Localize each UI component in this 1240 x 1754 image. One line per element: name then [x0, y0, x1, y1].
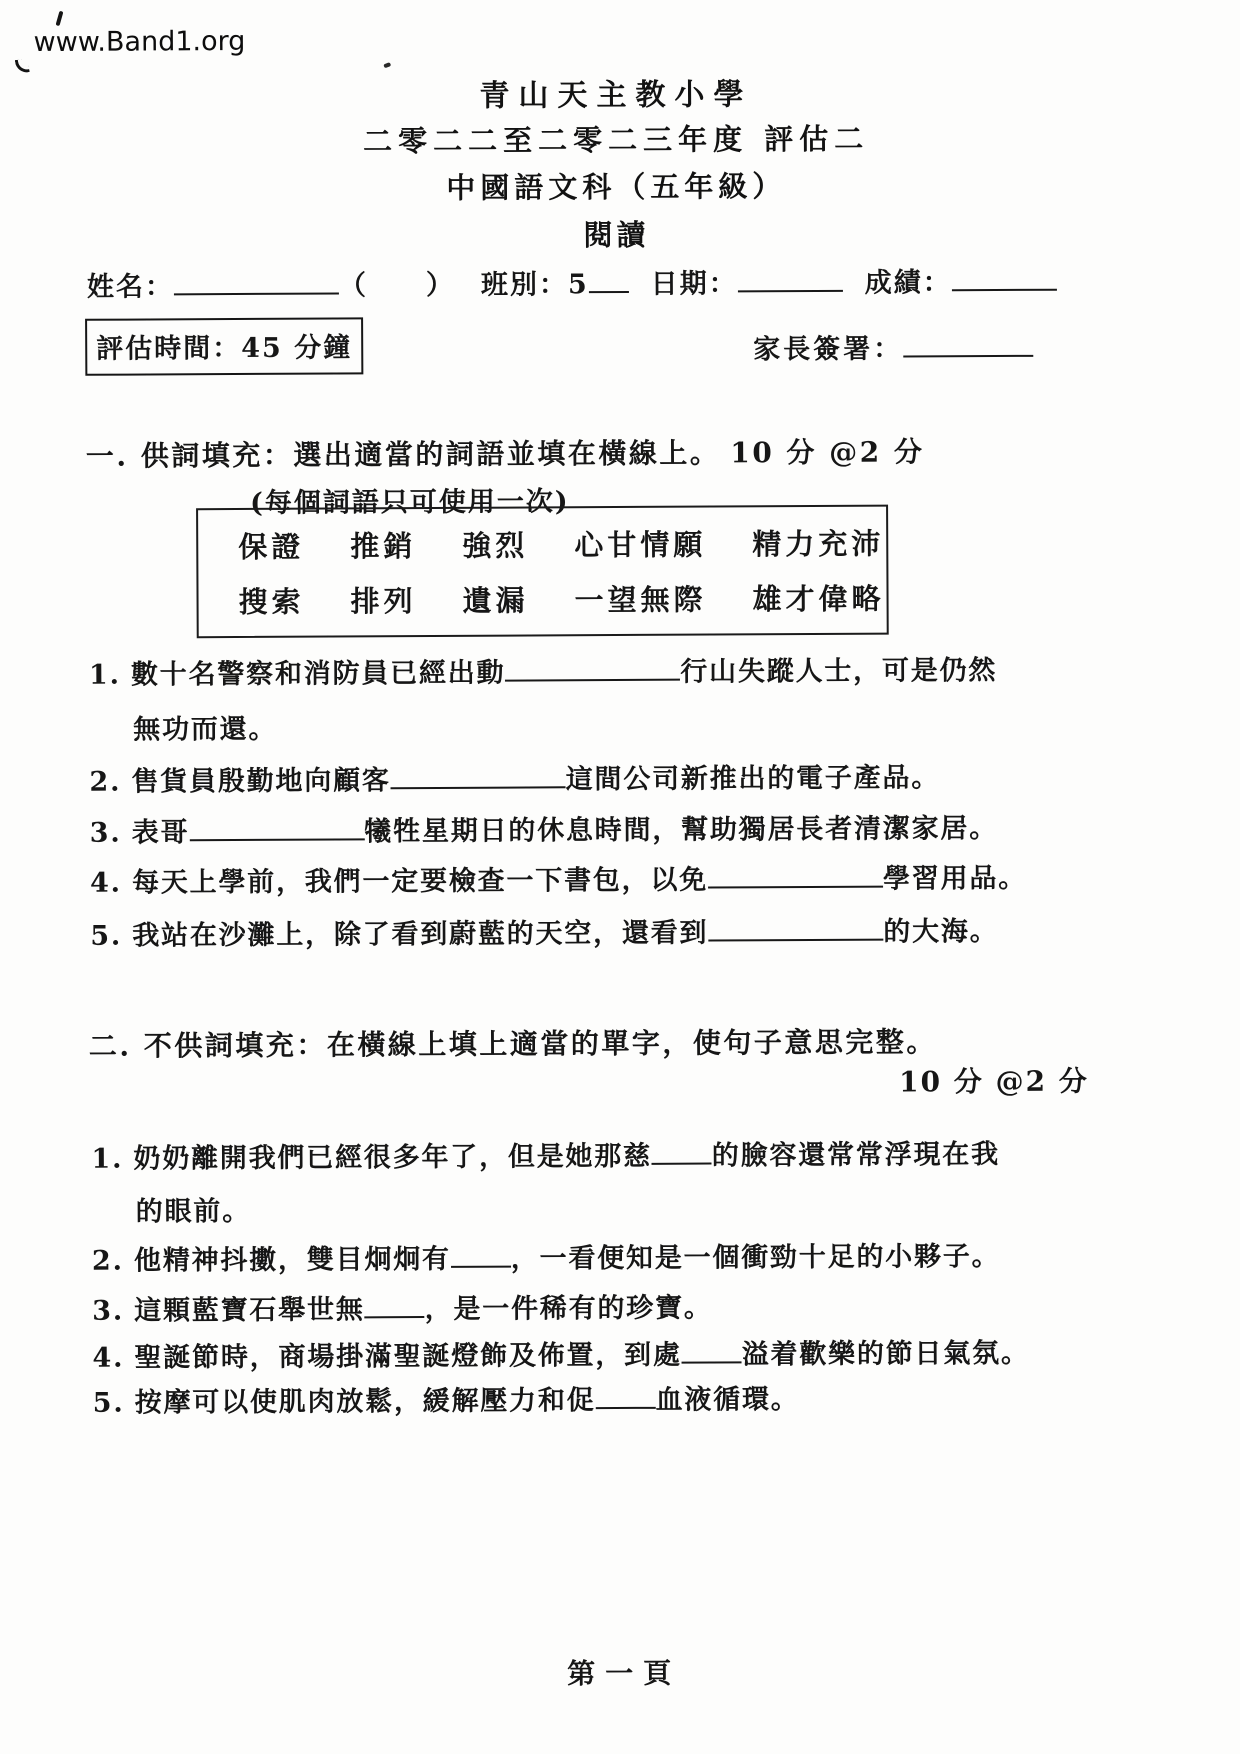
answer-blank [189, 813, 364, 841]
year-exam-line: 二零二二至二零二三年度 評估二 [0, 115, 1236, 162]
score-label: 成績： [865, 267, 952, 298]
answer-blank [595, 1382, 655, 1409]
question-row: 3.表哥犧牲星期日的休息時間，幫助獨居長者清潔家居。 [90, 805, 1206, 850]
answer-blank [451, 1241, 511, 1268]
question-row: 3.這顆藍寶石舉世無，是一件稀有的珍寶。 [92, 1283, 1208, 1328]
question-text: ，一看便知是一個衝勁十足的小夥子。 [511, 1241, 1001, 1275]
question-row: 4.聖誕節時，商場掛滿聖誕燈飾及佈置，到處溢着歡樂的節日氣氛。 [92, 1330, 1208, 1375]
paren-open: （ [339, 270, 368, 301]
question-text: 的大海。 [883, 916, 998, 948]
answer-blank [708, 861, 883, 889]
question-text: 他精神抖擻，雙目炯炯有 [134, 1244, 451, 1277]
answer-blank [365, 1291, 425, 1318]
section-one-marks: 10 分 @2 分 [730, 435, 924, 469]
subject-line: 中國語文科（五年級） [0, 162, 1236, 209]
question-text: 行山失蹤人士，可是仍然 [680, 655, 997, 688]
question-row: 1.奶奶離開我們已經很多年了，但是她那慈的臉容還常常浮現在我 [91, 1131, 1207, 1176]
question-number: 3. [90, 818, 132, 849]
question-text: 學習用品。 [883, 863, 1027, 895]
question-text: 聖誕節時，商場掛滿聖誕燈飾及佈置，到處 [134, 1340, 681, 1374]
question-text: ，是一件稀有的珍寶。 [425, 1293, 713, 1326]
question-row: 2.他精神抖擻，雙目炯炯有，一看便知是一個衝勁十足的小夥子。 [92, 1233, 1208, 1278]
section-one-heading-text: 一. 供詞填充：選出適當的詞語並填在橫線上。 [86, 436, 721, 472]
question-row: 5.我站在沙灘上，除了看到蔚藍的天空，還看到的大海。 [90, 908, 1206, 953]
answer-blank [391, 761, 566, 789]
question-row: 5.按摩可以使肌肉放鬆，緩解壓力和促血液循環。 [93, 1375, 1209, 1420]
question-number: 4. [90, 868, 132, 899]
question-text: 按摩可以使肌肉放鬆，緩解壓力和促 [135, 1385, 596, 1418]
question-text: 我站在沙灘上，除了看到蔚藍的天空，還看到 [132, 918, 708, 952]
question-text: 這間公司新推出的電子產品。 [566, 762, 941, 795]
parent-signature-row: 家長簽署： [753, 326, 1033, 366]
name-blank [174, 267, 339, 295]
date-blank [738, 265, 843, 293]
word-bank-item: 排列 [350, 579, 416, 620]
question-text: 表哥 [132, 817, 190, 848]
answer-blank [682, 1336, 742, 1363]
question-row: 4.每天上學前，我們一定要檢查一下書包，以免學習用品。 [90, 855, 1206, 900]
class-value: 5 [568, 269, 589, 300]
score-blank [952, 264, 1057, 292]
student-info-row: 姓名：（）班別：5日期：成績： [87, 259, 1197, 304]
answer-blank [708, 914, 883, 942]
question-text: 每天上學前，我們一定要檢查一下書包，以免 [132, 865, 708, 899]
section-two-heading: 二. 不供詞填充：在橫線上填上適當的單字，使句子意思完整。 [89, 1020, 937, 1064]
question-text: 的臉容還常常浮現在我 [712, 1139, 1000, 1172]
question-text: 這顆藍寶石舉世無 [134, 1294, 365, 1326]
question-number: 4. [92, 1343, 134, 1374]
question-text: 數十名警察和消防員已經出動 [131, 658, 506, 691]
question-number: 3. [92, 1296, 134, 1327]
word-bank-item: 推銷 [350, 524, 416, 565]
question-continuation: 無功而還。 [89, 702, 1205, 747]
question-text: 售貨員殷勤地向顧客 [131, 765, 390, 797]
question-number: 1. [89, 660, 131, 691]
answer-blank [652, 1138, 712, 1165]
question-text: 溢着歡樂的節日氣氛。 [742, 1338, 1030, 1371]
name-label: 姓名： [87, 271, 174, 302]
parent-signature-label: 家長簽署： [753, 334, 903, 366]
question-number: 1. [91, 1144, 133, 1175]
word-bank-box: 保證 推銷 強烈 心甘情願 精力充沛 搜索 排列 遺漏 一望無際 雄才偉略 [196, 505, 889, 639]
question-text: 奶奶離開我們已經很多年了，但是她那慈 [133, 1141, 652, 1175]
scanned-exam-page: www.Band1.org 青山天主教小學 二零二二至二零二三年度 評估二 中國… [0, 0, 1240, 1754]
question-number: 2. [89, 767, 131, 798]
date-label: 日期： [651, 268, 738, 299]
word-bank-item: 遺漏 [462, 579, 528, 620]
question-text: 犧牲星期日的休息時間，幫助獨居長者清潔家居。 [364, 813, 998, 847]
pen-mark [15, 58, 30, 74]
word-bank-item: 一望無際 [574, 578, 706, 620]
class-label: 班別： [481, 269, 568, 300]
answer-blank [505, 654, 680, 682]
word-bank-item: 雄才偉略 [752, 577, 884, 619]
word-bank-row-2: 搜索 排列 遺漏 一望無際 雄才偉略 [198, 577, 886, 622]
pen-mark [383, 62, 391, 68]
school-name: 青山天主教小學 [0, 67, 1236, 117]
paren-close: ） [426, 270, 455, 301]
watermark-url: www.Band1.org [34, 26, 246, 58]
word-bank-item: 精力充沛 [752, 521, 884, 563]
section-two-marks: 10 分 @2 分 [899, 1060, 1089, 1101]
paper-title: 閱讀 [0, 210, 1237, 257]
question-number: 5. [90, 921, 132, 952]
question-continuation: 的眼前。 [92, 1184, 1208, 1229]
question-row: 1.數十名警察和消防員已經出動行山失蹤人士，可是仍然 [89, 647, 1205, 692]
question-number: 2. [92, 1246, 134, 1277]
question-text: 血液循環。 [655, 1384, 799, 1416]
parent-signature-blank [903, 330, 1033, 358]
word-bank-item: 心甘情願 [574, 522, 706, 564]
word-bank-item: 搜索 [238, 580, 304, 621]
word-bank-item: 保證 [238, 524, 304, 565]
word-bank-item: 強烈 [462, 523, 528, 564]
question-number: 5. [93, 1388, 135, 1419]
question-row: 2.售貨員殷勤地向顧客這間公司新推出的電子產品。 [89, 754, 1205, 799]
assessment-time-box: 評估時間：45 分鐘 [85, 317, 363, 375]
class-blank [589, 266, 629, 293]
page-number: 第一頁 [4, 1649, 1240, 1695]
word-bank-row-1: 保證 推銷 強烈 心甘情願 精力充沛 [198, 521, 886, 566]
section-one-heading: 一. 供詞填充：選出適當的詞語並填在橫線上。10 分 @2 分 [86, 430, 925, 474]
pen-mark [56, 11, 64, 27]
